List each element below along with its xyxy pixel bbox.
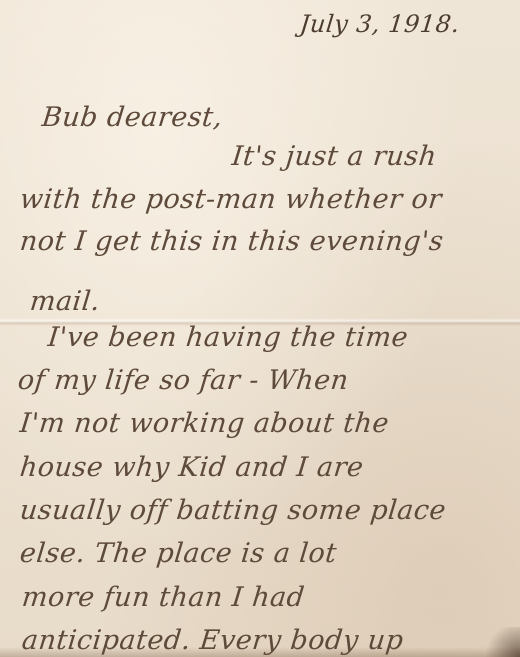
letter-line: usually off batting some place <box>18 495 447 526</box>
letter-line: mail. <box>28 286 101 317</box>
paper-bottom-edge <box>0 647 520 657</box>
letter-salutation: Bub dearest, <box>40 102 224 133</box>
letter-line: I'm not working about the <box>18 408 390 439</box>
letter-date: July 3, 1918. <box>299 10 462 38</box>
letter-line: house why Kid and I are <box>18 452 365 483</box>
letter-line: of my life so far - When <box>16 365 350 396</box>
letter-line: not I get this in this evening's <box>18 226 445 257</box>
letter-line: else. The place is a lot <box>18 538 338 569</box>
paper-corner-shadow <box>480 627 520 657</box>
letter-page: July 3, 1918. Bub dearest, It's just a r… <box>0 0 520 657</box>
letter-line: with the post-man whether or <box>18 184 443 215</box>
letter-line: more fun than I had <box>20 582 306 613</box>
letter-line: It's just a rush <box>230 141 438 172</box>
letter-line: I've been having the time <box>46 322 409 353</box>
